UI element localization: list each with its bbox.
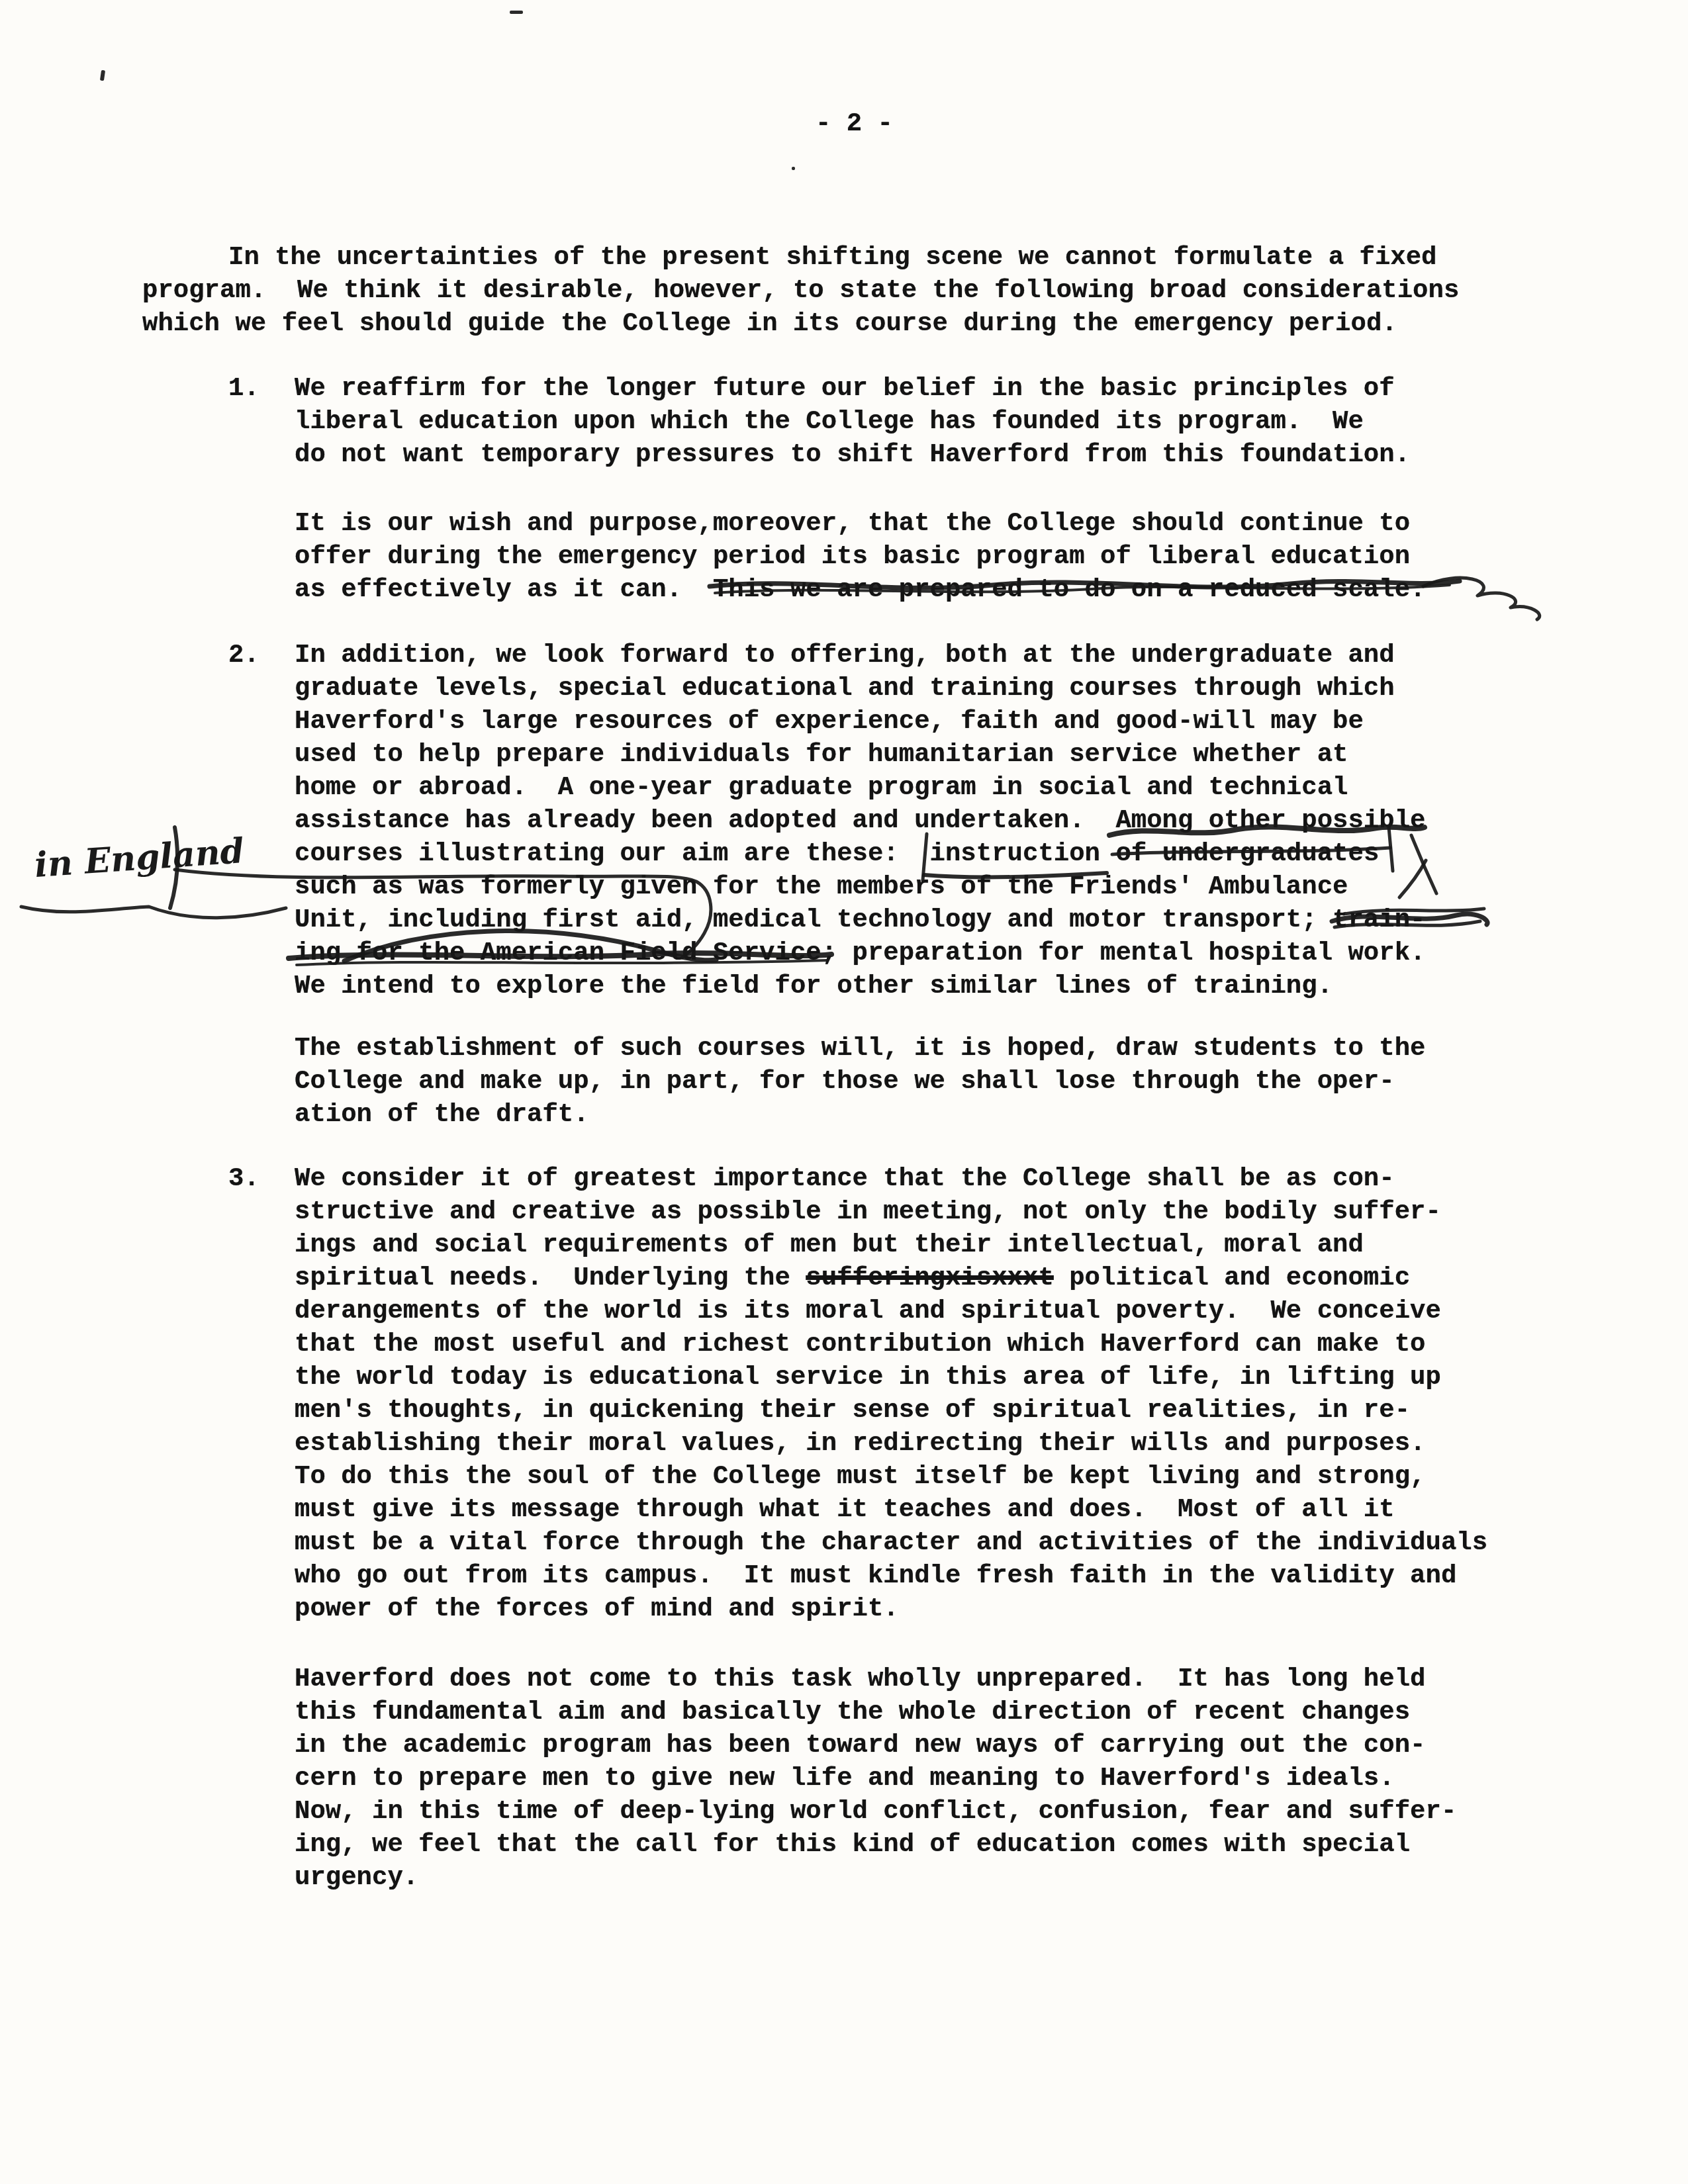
text-line: We intend to explore the field for other… [295, 970, 1552, 1003]
overtyped-text-run: sufferingxisxxxt [806, 1263, 1053, 1293]
document-page: - 2 - In the uncertainties of the presen… [0, 0, 1688, 2184]
text-line: graduate levels, special educational and… [295, 672, 1552, 705]
page-number: - 2 - [816, 107, 893, 140]
list-item-1-paragraph-2: It is our wish and purpose,moreover, tha… [295, 507, 1552, 606]
text-run: political and economic [1054, 1263, 1410, 1293]
ink-speck [100, 70, 105, 81]
text-run: ; preparation for mental hospital work. [821, 938, 1426, 968]
inserted-text-run: instruction [930, 839, 1100, 868]
text-line: assistance has already been adopted and … [295, 804, 1552, 837]
text-line: In addition, we look forward to offering… [295, 639, 1552, 672]
text-line: Haverford does not come to this task who… [295, 1662, 1552, 1696]
text-line: courses illustrating our aim are these: … [295, 837, 1552, 870]
text-run: spiritual needs. Underlying the [295, 1263, 806, 1293]
text-line: establishing their moral values, in redi… [295, 1427, 1552, 1460]
text-line: ing for the American Field Service; prep… [295, 936, 1552, 970]
text-line: program. We think it desirable, however,… [142, 274, 1519, 307]
text-line: College and make up, in part, for those … [295, 1065, 1552, 1098]
text-line: this fundamental aim and basically the w… [295, 1696, 1552, 1729]
list-number-1: 1. [228, 372, 259, 405]
list-number-2: 2. [228, 639, 259, 672]
text-line: power of the forces of mind and spirit. [295, 1592, 1552, 1625]
text-line: structive and creative as possible in me… [295, 1195, 1552, 1228]
text-line: We reaffirm for the longer future our be… [295, 372, 1552, 405]
text-line: In the uncertainties of the present shif… [142, 241, 1519, 274]
list-item-3-paragraph-2: Haverford does not come to this task who… [295, 1662, 1552, 1894]
intro-paragraph: In the uncertainties of the present shif… [142, 241, 1519, 340]
text-line: offer during the emergency period its ba… [295, 540, 1552, 573]
margin-annotation-in-england: in England [34, 835, 246, 882]
list-item-1-paragraph-1: We reaffirm for the longer future our be… [295, 372, 1552, 471]
text-line: To do this the soul of the College must … [295, 1460, 1552, 1493]
text-line: ings and social requirements of men but … [295, 1228, 1552, 1261]
text-run: as effectively as it can. [295, 575, 713, 604]
list-number-3: 3. [228, 1162, 259, 1195]
text-line: used to help prepare individuals for hum… [295, 738, 1552, 771]
text-line: such as was formerly given for the membe… [295, 870, 1552, 903]
text-line: must give its message through what it te… [295, 1493, 1552, 1526]
text-line: urgency. [295, 1861, 1552, 1894]
text-run: courses illustrating our aim are these: [295, 839, 930, 868]
margin-note-underline [21, 907, 286, 918]
text-line: Haverford's large resources of experienc… [295, 705, 1552, 738]
struck-text-run: train- [1333, 905, 1425, 934]
text-line: who go out from its campus. It must kind… [295, 1559, 1552, 1592]
text-line: as effectively as it can. This we are pr… [295, 573, 1552, 606]
text-run: Unit, including first aid, medical techn… [295, 905, 1333, 934]
list-item-2-paragraph-2: The establishment of such courses will, … [295, 1032, 1552, 1131]
text-line: We consider it of greatest importance th… [295, 1162, 1552, 1195]
text-line: the world today is educational service i… [295, 1361, 1552, 1394]
text-line: derangements of the world is its moral a… [295, 1295, 1552, 1328]
text-line: which we feel should guide the College i… [142, 307, 1519, 340]
text-line: ing, we feel that the call for this kind… [295, 1828, 1552, 1861]
struck-text-run: This we are prepared to do on a reduced … [713, 575, 1426, 604]
struck-text-run: ing for the American Field Service [295, 938, 821, 968]
text-line: Unit, including first aid, medical techn… [295, 903, 1552, 936]
text-line: Now, in this time of deep-lying world co… [295, 1795, 1552, 1828]
ink-speck [792, 167, 795, 170]
text-line: in the academic program has been toward … [295, 1729, 1552, 1762]
text-run [1100, 839, 1115, 868]
list-item-2-paragraph-1: In addition, we look forward to offering… [295, 639, 1552, 1003]
text-line: do not want temporary pressures to shift… [295, 438, 1552, 471]
list-item-3-paragraph-1: We consider it of greatest importance th… [295, 1162, 1552, 1625]
page-number-text: - 2 - [816, 107, 893, 140]
text-line: home or abroad. A one-year graduate prog… [295, 771, 1552, 804]
text-line: liberal education upon which the College… [295, 405, 1552, 438]
text-line: men's thoughts, in quickening their sens… [295, 1394, 1552, 1427]
text-line: must be a vital force through the charac… [295, 1526, 1552, 1559]
text-line: spiritual needs. Underlying the sufferin… [295, 1261, 1552, 1295]
text-line: cern to prepare men to give new life and… [295, 1762, 1552, 1795]
text-line: that the most useful and richest contrib… [295, 1328, 1552, 1361]
ink-speck [510, 11, 523, 14]
text-line: The establishment of such courses will, … [295, 1032, 1552, 1065]
text-line: It is our wish and purpose,moreover, tha… [295, 507, 1552, 540]
text-line: ation of the draft. [295, 1098, 1552, 1131]
struck-text-run: of undergraduates [1115, 839, 1379, 868]
